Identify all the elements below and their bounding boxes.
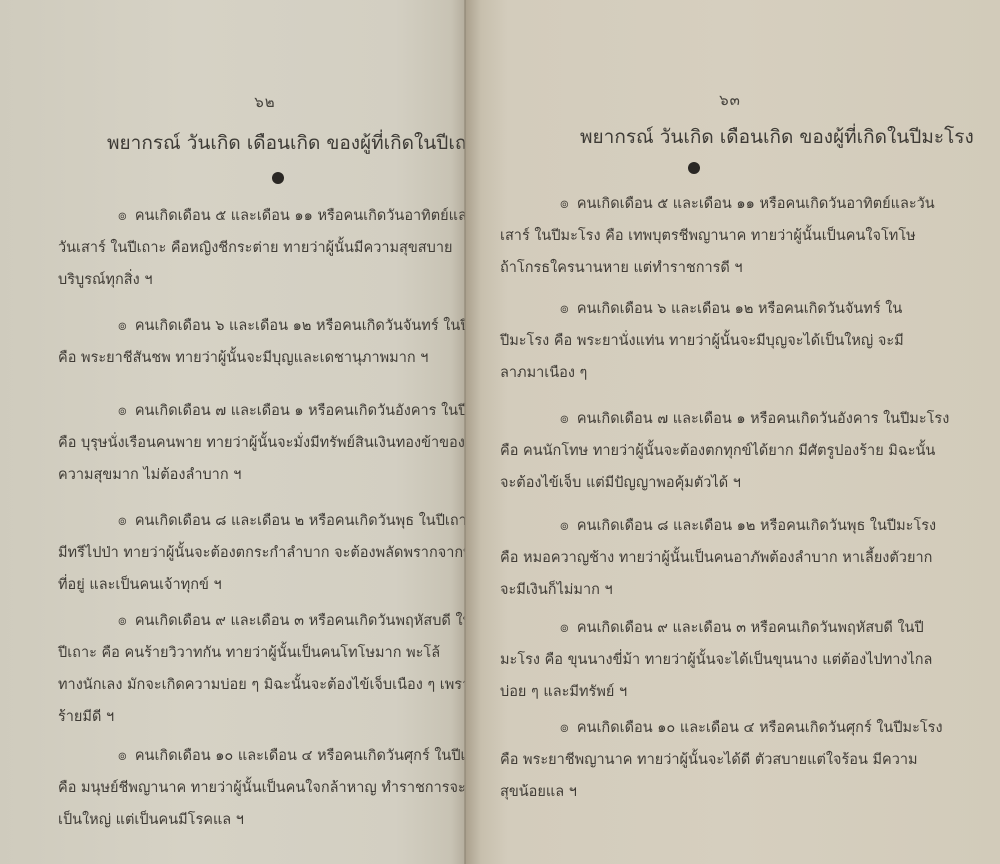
entry-line: เป็นใหญ่ แต่เป็นคนมีโรคแล ฯ (58, 804, 465, 836)
page-number: ๖๓ (705, 88, 755, 112)
entry-line: คนเกิดเดือน ๗ และเดือน ๑ หรือคนเกิดวันอั… (135, 403, 465, 419)
entry-line: ถ้าโกรธใครนานหาย แต่ทำราชการดี ฯ (500, 252, 970, 284)
chapter-title: พยากรณ์ วันเกิด เดือนเกิด ของผู้ที่เกิดใ… (580, 122, 974, 152)
prophecy-entry: ๏คนเกิดเดือน ๙ และเดือน ๓ หรือคนเกิดวันพ… (500, 612, 970, 708)
entry-marker-icon: ๏ (118, 403, 127, 419)
prophecy-entry: ๏คนเกิดเดือน ๗ และเดือน ๑ หรือคนเกิดวันอ… (58, 395, 465, 491)
entry-line: คนเกิดเดือน ๙ และเดือน ๓ หรือคนเกิดวันพฤ… (577, 620, 924, 636)
entry-line: ลาภมาเนือง ๆ (500, 357, 970, 389)
entry-line: ร้ายมีดี ฯ (58, 701, 465, 733)
entry-line: คนเกิดเดือน ๑๐ และเดือน ๔ หรือคนเกิดวันศ… (577, 720, 943, 736)
entry-line: คนเกิดเดือน ๕ และเดือน ๑๑ หรือคนเกิดวันอ… (135, 208, 465, 224)
entry-line: คือ พระยาชีพญานาค ทายว่าผู้นั้นจะได้ดี ต… (500, 744, 970, 776)
entry-line: คนเกิดเดือน ๘ และเดือน ๑๒ หรือคนเกิดวันพ… (577, 518, 936, 534)
entry-marker-icon: ๏ (560, 720, 569, 736)
book-gutter (464, 0, 466, 864)
entry-line: คนเกิดเดือน ๖ และเดือน ๑๒ หรือคนเกิดวันจ… (135, 318, 465, 334)
entry-line: ทางนักเลง มักจะเกิดความบ่อย ๆ มิฉะนั้นจะ… (58, 669, 465, 701)
entry-line: คนเกิดเดือน ๖ และเดือน ๑๒ หรือคนเกิดวันจ… (577, 301, 902, 317)
entry-line: คนเกิดเดือน ๘ และเดือน ๒ หรือคนเกิดวันพุ… (135, 513, 465, 529)
entry-line: มีทรีไปป่า ทายว่าผู้นั้นจะต้องตกระกำลำบา… (58, 537, 465, 569)
entry-line: เสาร์ ในปีมะโรง คือ เทพบุตรชีพญานาค ทายว… (500, 220, 970, 252)
prophecy-entry: ๏คนเกิดเดือน ๙ และเดือน ๓ หรือคนเกิดวันพ… (58, 605, 465, 733)
prophecy-entry: ๏คนเกิดเดือน ๘ และเดือน ๒ หรือคนเกิดวันพ… (58, 505, 465, 601)
prophecy-entry: ๏คนเกิดเดือน ๖ และเดือน ๑๒ หรือคนเกิดวัน… (58, 310, 465, 374)
entry-marker-icon: ๏ (118, 513, 127, 529)
entry-marker-icon: ๏ (118, 318, 127, 334)
entry-line: คือ มนุษย์ชีพญานาค ทายว่าผู้นั้นเป็นคนใจ… (58, 772, 465, 804)
left-page: ๖๒ พยากรณ์ วันเกิด เดือนเกิด ของผู้ที่เก… (0, 0, 465, 864)
entry-line: ปีมะโรง คือ พระยานั่งแท่น ทายว่าผู้นั้นจ… (500, 325, 970, 357)
entry-line: คนเกิดเดือน ๕ และเดือน ๑๑ หรือคนเกิดวันอ… (577, 196, 935, 212)
entry-line: คือ พระยาชีสันชพ ทายว่าผู้นั้นจะมีบุญและ… (58, 342, 465, 374)
entry-marker-icon: ๏ (560, 518, 569, 534)
prophecy-entry: ๏คนเกิดเดือน ๑๐ และเดือน ๔ หรือคนเกิดวัน… (58, 740, 465, 836)
entry-line: วันเสาร์ ในปีเถาะ คือหญิงชีกระต่าย ทายว่… (58, 232, 465, 264)
entry-marker-icon: ๏ (118, 613, 127, 629)
entry-marker-icon: ๏ (560, 411, 569, 427)
entry-line: คือ หมอควาญช้าง ทายว่าผู้นั้นเป็นคนอาภัพ… (500, 542, 970, 574)
entry-line: คือ บุรุษนั่งเรือนคนพาย ทายว่าผู้นั้นจะม… (58, 427, 465, 459)
prophecy-entry: ๏คนเกิดเดือน ๘ และเดือน ๑๒ หรือคนเกิดวัน… (500, 510, 970, 606)
page-number: ๖๒ (240, 90, 290, 114)
prophecy-entry: ๏คนเกิดเดือน ๗ และเดือน ๑ หรือคนเกิดวันอ… (500, 403, 970, 499)
prophecy-entry: ๏คนเกิดเดือน ๕ และเดือน ๑๑ หรือคนเกิดวัน… (500, 188, 970, 284)
entry-line: คนเกิดเดือน ๗ และเดือน ๑ หรือคนเกิดวันอั… (577, 411, 949, 427)
entry-marker-icon: ๏ (118, 208, 127, 224)
chapter-title: พยากรณ์ วันเกิด เดือนเกิด ของผู้ที่เกิดใ… (107, 128, 465, 158)
prophecy-entry: ๏คนเกิดเดือน ๑๐ และเดือน ๔ หรือคนเกิดวัน… (500, 712, 970, 808)
entry-marker-icon: ๏ (560, 301, 569, 317)
entry-line: คนเกิดเดือน ๙ และเดือน ๓ หรือคนเกิดวันพฤ… (135, 613, 465, 629)
entry-line: จะมีเงินก็ไม่มาก ฯ (500, 574, 970, 606)
section-dot-icon (688, 162, 700, 174)
prophecy-entry: ๏คนเกิดเดือน ๕ และเดือน ๑๑ หรือคนเกิดวัน… (58, 200, 465, 296)
right-page: ๖๓ พยากรณ์ วันเกิด เดือนเกิด ของผู้ที่เก… (465, 0, 1000, 864)
entry-line: คือ คนนักโทษ ทายว่าผู้นั้นจะต้องตกทุกข์ไ… (500, 435, 970, 467)
entry-line: ปีเถาะ คือ คนร้ายวิวาทกัน ทายว่าผู้นั้นเ… (58, 637, 465, 669)
section-dot-icon (272, 172, 284, 184)
entry-line: มะโรง คือ ขุนนางขี่ม้า ทายว่าผู้นั้นจะได… (500, 644, 970, 676)
entry-line: คนเกิดเดือน ๑๐ และเดือน ๔ หรือคนเกิดวันศ… (135, 748, 465, 764)
entry-marker-icon: ๏ (560, 620, 569, 636)
entry-marker-icon: ๏ (560, 196, 569, 212)
entry-line: ที่อยู่ และเป็นคนเจ้าทุกข์ ฯ (58, 569, 465, 601)
entry-line: ความสุขมาก ไม่ต้องลำบาก ฯ (58, 459, 465, 491)
entry-line: บ่อย ๆ และมีทรัพย์ ฯ (500, 676, 970, 708)
open-book-spread: ๖๒ พยากรณ์ วันเกิด เดือนเกิด ของผู้ที่เก… (0, 0, 1000, 864)
entry-line: จะต้องไข้เจ็บ แต่มีปัญญาพอคุ้มตัวได้ ฯ (500, 467, 970, 499)
entry-line: สุขน้อยแล ฯ (500, 776, 970, 808)
prophecy-entry: ๏คนเกิดเดือน ๖ และเดือน ๑๒ หรือคนเกิดวัน… (500, 293, 970, 389)
entry-marker-icon: ๏ (118, 748, 127, 764)
entry-line: บริบูรณ์ทุกสิ่ง ฯ (58, 264, 465, 296)
